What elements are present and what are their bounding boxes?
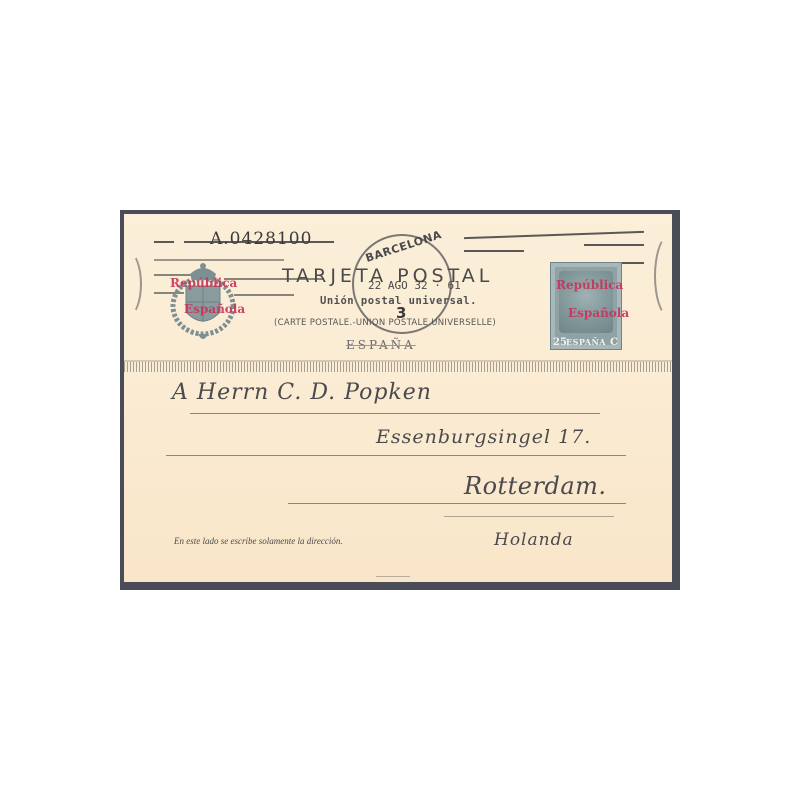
- stamp-overprint-republica: República: [556, 278, 623, 292]
- perforated-fold: [124, 362, 672, 372]
- serial-number: A.0428100: [210, 229, 312, 249]
- stamp-unit: C: [610, 337, 618, 348]
- partial-postmark: [654, 234, 672, 318]
- recipient-street: Essenburgsingel 17.: [376, 426, 591, 448]
- partial-postmark: [124, 252, 142, 316]
- address-rule: [166, 455, 626, 456]
- address-rule: [288, 503, 626, 504]
- cancel-line: [464, 231, 644, 239]
- recipient-country: Holanda: [494, 530, 574, 550]
- postcard: A.0428100 República Española BARCELONA 2…: [124, 214, 672, 582]
- address-rule: [190, 413, 600, 414]
- french-subtitle: (CARTE POSTALE.-UNION POSTALE UNIVERSELL…: [274, 318, 496, 328]
- recipient-name: A Herrn C. D. Popken: [172, 380, 432, 405]
- address-instruction: En este lado se escribe solamente la dir…: [174, 536, 343, 546]
- stamp-overprint-espanola: Española: [568, 306, 629, 320]
- overprint-espanola: Española: [184, 302, 245, 316]
- cancel-line: [154, 241, 174, 243]
- country-label: ESPAÑA: [346, 338, 416, 352]
- cancel-line: [464, 250, 524, 252]
- cancel-line: [234, 294, 294, 296]
- bottom-mark: [376, 576, 410, 577]
- overprint-republica: República: [170, 276, 237, 290]
- recipient-city: Rotterdam.: [464, 472, 607, 500]
- cancel-line: [584, 244, 644, 246]
- card-subtitle: Unión postal universal.: [320, 295, 477, 307]
- address-rule: [444, 516, 614, 517]
- card-title: TARJETA POSTAL: [282, 265, 493, 287]
